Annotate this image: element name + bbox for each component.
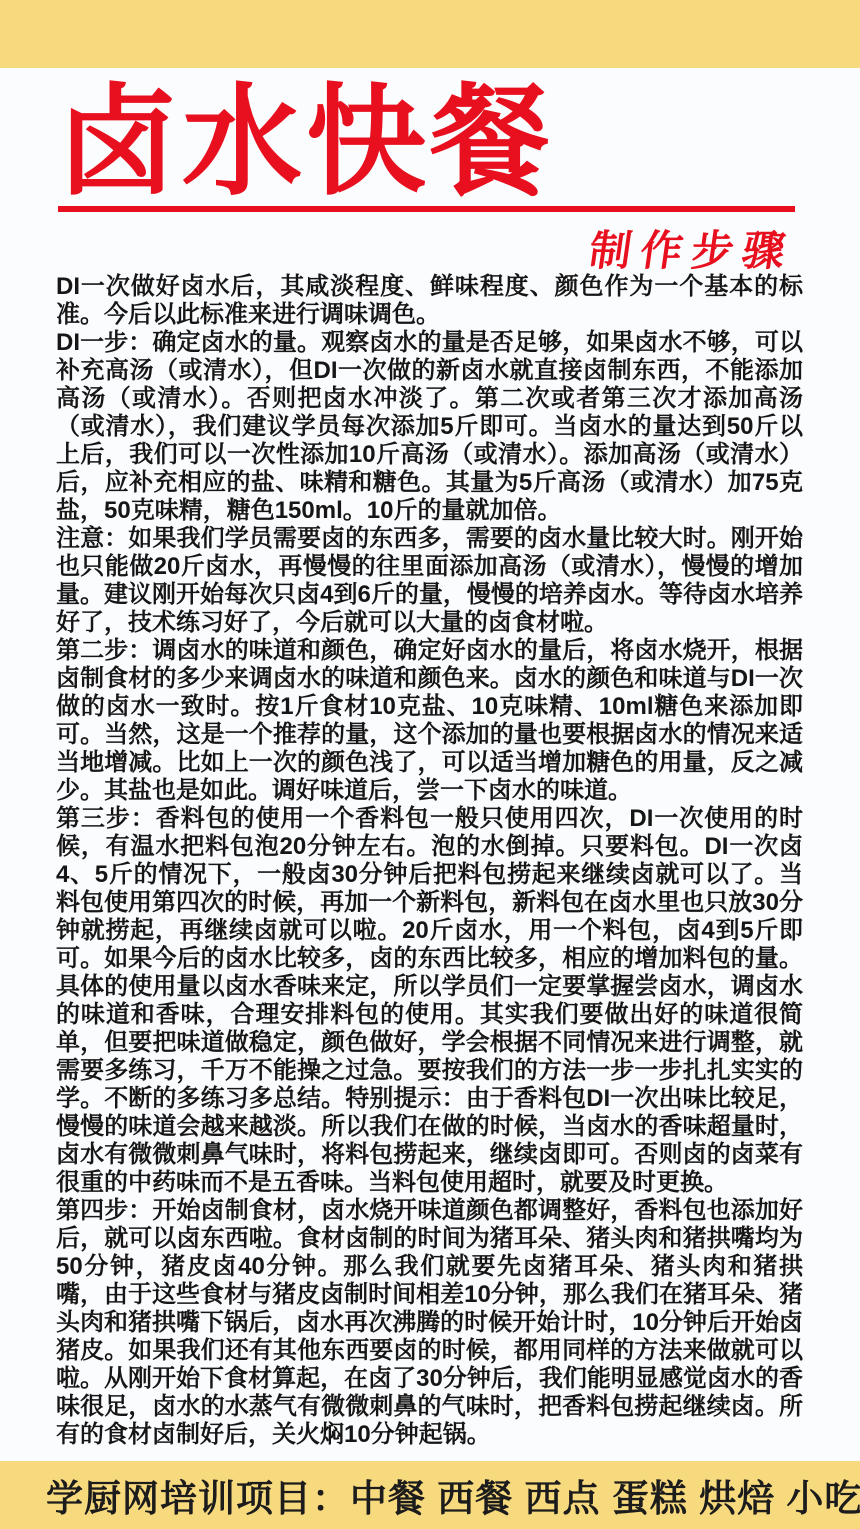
poster-subtitle: 制作步骤 <box>586 218 798 278</box>
instructions-body: DI一次做好卤水后，其咸淡程度、鲜味程度、颜色作为一个基本的标准。今后以此标准来… <box>56 273 803 1449</box>
body-paragraph-step-3: 第三步：香料包的使用一个香料包一般只使用四次，DI一次使用的时候，有温水把料包泡… <box>56 805 803 1197</box>
footer-training-programs: 学厨网培训项目：中餐 西餐 西点 蛋糕 烘焙 小吃 <box>46 1468 860 1522</box>
body-paragraph-intro: DI一次做好卤水后，其咸淡程度、鲜味程度、颜色作为一个基本的标准。今后以此标准来… <box>56 273 803 329</box>
body-paragraph-step-1: DI一步：确定卤水的量。观察卤水的量是否足够，如果卤水不够，可以补充高汤（或清水… <box>56 329 803 525</box>
top-border-band <box>0 0 860 68</box>
footer-band: 学厨网培训项目：中餐 西餐 西点 蛋糕 烘焙 小吃 <box>0 1461 860 1529</box>
body-paragraph-notice: 注意：如果我们学员需要卤的东西多，需要的卤水量比较大时。刚开始也只能做20斤卤水… <box>56 525 803 637</box>
body-paragraph-step-4: 第四步：开始卤制食材，卤水烧开味道颜色都调整好，香料包也添加好后，就可以卤东西啦… <box>56 1197 803 1449</box>
body-paragraph-step-2: 第二步：调卤水的味道和颜色，确定好卤水的量后，将卤水烧开，根据卤制食材的多少来调… <box>56 637 803 805</box>
braised-food-poster: 卤水快餐 制作步骤 DI一次做好卤水后，其咸淡程度、鲜味程度、颜色作为一个基本的… <box>0 0 860 1529</box>
poster-title: 卤水快餐 <box>58 82 554 202</box>
title-underline <box>58 206 795 212</box>
